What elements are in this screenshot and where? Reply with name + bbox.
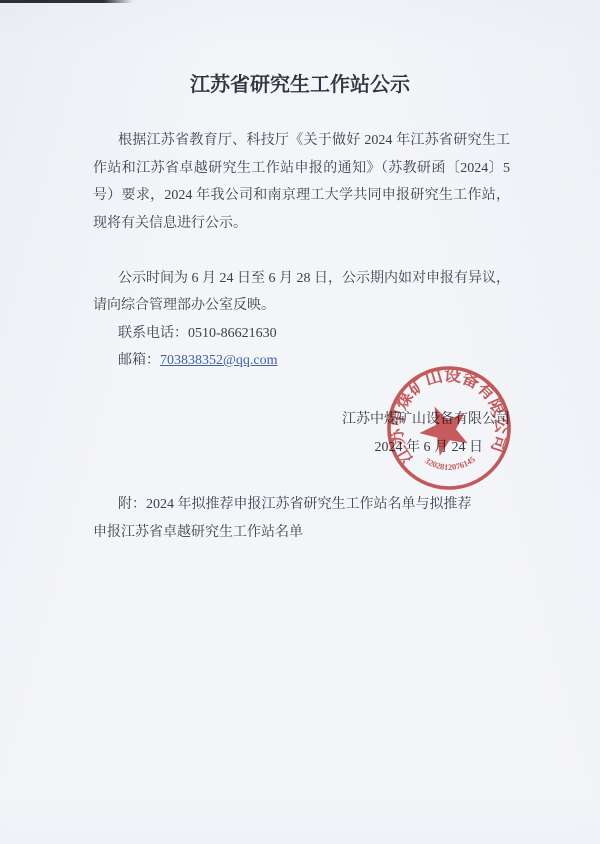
- signature-date: 2024 年 6 月 24 日: [300, 434, 483, 462]
- phone-label: 联系电话：: [118, 326, 188, 341]
- body-line: 号）要求，2024 年我公司和南京理工大学共同申报研究生工作站，: [93, 182, 510, 210]
- body-line: 根据江苏省教育厅、科技厅《关于做好 2024 年江苏省研究生工: [93, 127, 510, 155]
- phone-number: 0510-86621630: [188, 326, 277, 341]
- document-body: 根据江苏省教育厅、科技厅《关于做好 2024 年江苏省研究生工 作站和江苏省卓越…: [93, 127, 510, 375]
- attachment-line: 申报江苏省卓越研究生工作站名单: [93, 519, 510, 547]
- body-line: 公示时间为 6 月 24 日至 6 月 28 日，公示期内如对申报有异议，: [93, 265, 510, 293]
- attachment-line: 附：2024 年拟推荐申报江苏省研究生工作站名单与拟推荐: [93, 491, 510, 519]
- signature-company: 江苏中煤矿山设备有限公司: [300, 406, 510, 434]
- scan-edge-artifact: [0, 0, 133, 3]
- contact-phone-line: 联系电话：0510-86621630: [93, 320, 510, 348]
- scanned-document-page: 江苏省研究生工作站公示 根据江苏省教育厅、科技厅《关于做好 2024 年江苏省研…: [0, 0, 600, 844]
- email-label: 邮箱：: [118, 353, 160, 368]
- attachment-note: 附：2024 年拟推荐申报江苏省研究生工作站名单与拟推荐 申报江苏省卓越研究生工…: [93, 491, 510, 546]
- email-link[interactable]: 703838352@qq.com: [160, 353, 278, 368]
- body-line: 作站和江苏省卓越研究生工作站申报的通知》（苏教研函〔2024〕5: [93, 155, 510, 183]
- body-line: 请向综合管理部办公室反映。: [93, 292, 510, 320]
- page-title: 江苏省研究生工作站公示: [0, 71, 600, 99]
- body-line: 现将有关信息进行公示。: [93, 210, 510, 238]
- contact-email-line: 邮箱：703838352@qq.com: [93, 347, 510, 375]
